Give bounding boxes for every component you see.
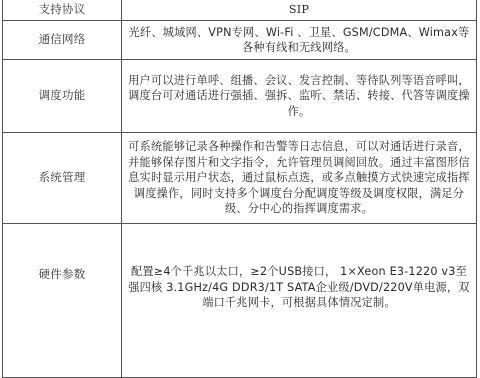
table-row-hardware: 硬件参数 配置≥4个千兆以太口，≥2个USB接口， 1×Xeon E3-1220… <box>3 224 477 301</box>
row-value-system-management: 可系统能够记录各种操作和告警等日志信息，可以对通话进行录音，并能够保存图片和文字… <box>122 133 477 224</box>
row-value-network: 光纤、城域网、VPN专网、Wi-Fi 、卫星、GSM/CDMA、Wimax等各种… <box>122 21 477 60</box>
spec-table: 支持协议 SIP 通信网络 光纤、城域网、VPN专网、Wi-Fi 、卫星、GSM… <box>2 0 477 300</box>
row-value-protocol: SIP <box>122 0 477 21</box>
row-label-dispatch: 调度功能 <box>3 60 122 133</box>
row-label-hardware: 硬件参数 <box>3 224 122 301</box>
row-label-protocol: 支持协议 <box>3 0 122 21</box>
table-row-dispatch: 调度功能 用户可以进行单呼、组播、会议、发言控制、等待队列等语音呼叫，调度台可对… <box>3 60 477 133</box>
row-value-hardware: 配置≥4个千兆以太口，≥2个USB接口， 1×Xeon E3-1220 v3至强… <box>122 224 477 301</box>
table-row-system-management: 系统管理 可系统能够记录各种操作和告警等日志信息，可以对通话进行录音，并能够保存… <box>3 133 477 224</box>
row-label-system-management: 系统管理 <box>3 133 122 224</box>
row-label-network: 通信网络 <box>3 21 122 60</box>
table-row-protocol: 支持协议 SIP <box>3 0 477 21</box>
row-value-dispatch: 用户可以进行单呼、组播、会议、发言控制、等待队列等语音呼叫，调度台可对通话进行强… <box>122 60 477 133</box>
table-row-network: 通信网络 光纤、城域网、VPN专网、Wi-Fi 、卫星、GSM/CDMA、Wim… <box>3 21 477 60</box>
